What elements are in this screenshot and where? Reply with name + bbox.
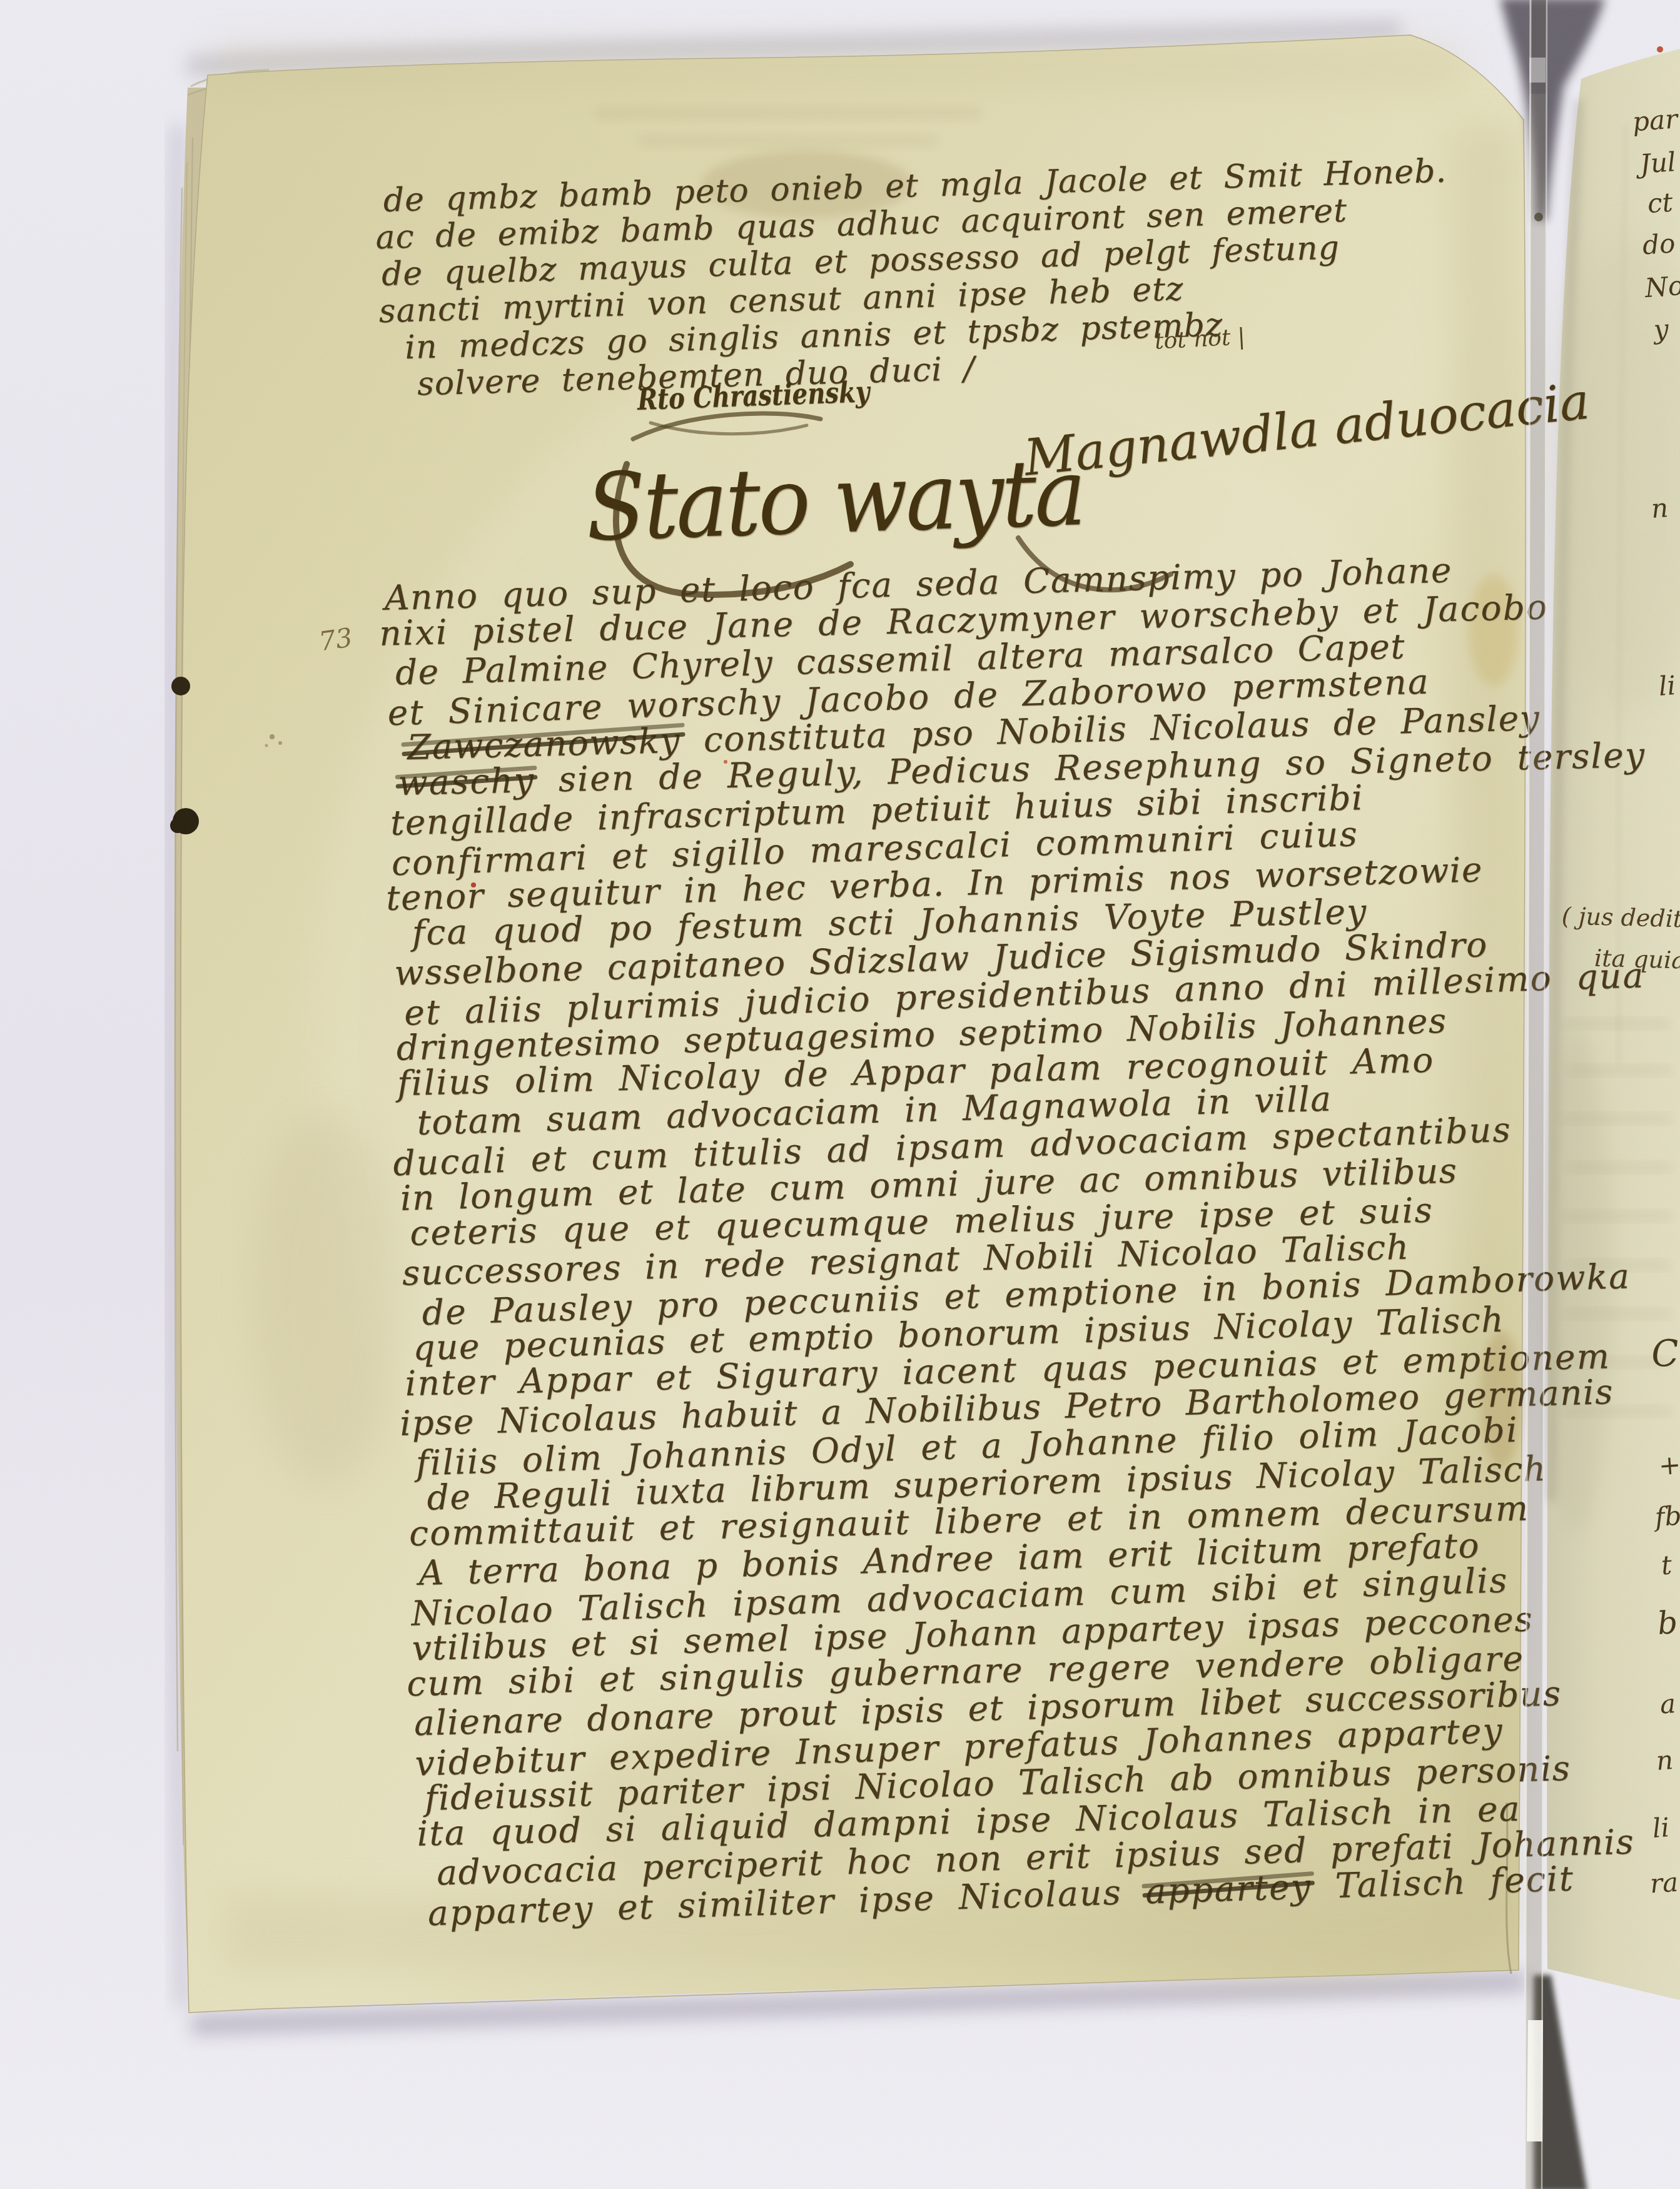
edge-fragment: do — [1641, 228, 1676, 261]
margin-note-line: ( jus dedit — [1561, 895, 1680, 939]
edge-fragment: li — [1657, 670, 1676, 702]
heading-title-large: Stato wayta — [584, 438, 1085, 562]
edge-fragment: ct — [1646, 187, 1674, 220]
margin-note: ( jus deditita quia — [1560, 895, 1680, 981]
edge-fragment: li — [1651, 1812, 1670, 1844]
edge-fragment: b — [1656, 1604, 1679, 1642]
manuscript-photo: { "colors": { "backdrop": "#e9e6ef", "pa… — [0, 0, 1680, 2189]
edge-fragment: n — [1655, 1744, 1674, 1776]
intro-side-note: tot not | — [1154, 324, 1246, 355]
edge-fragment: fb — [1654, 1500, 1680, 1533]
folio-mark: 73 — [317, 622, 355, 657]
struck-word: appartey — [1145, 1866, 1312, 1911]
text-segment: Talisch fecit — [1311, 1858, 1575, 1906]
edge-fragment: t — [1660, 1549, 1672, 1580]
struck-word: waschy — [398, 760, 535, 803]
edge-fragment: ra — [1649, 1866, 1679, 1899]
intro-paragraph: de qmbz bamb peto onieb et mgla Jacole e… — [383, 153, 1452, 404]
photo-canvas: 73 de qmbz bamb peto onieb et mgla Jacol… — [0, 0, 1680, 2189]
edge-fragment: + — [1657, 1449, 1680, 1481]
edge-fragment: par — [1631, 104, 1678, 138]
margin-note-line: ita quia — [1594, 938, 1680, 981]
edge-fragment: Jul — [1639, 146, 1677, 179]
edge-fragment: a — [1659, 1688, 1676, 1720]
edge-fragment: n — [1650, 492, 1669, 524]
edge-fragment: y — [1652, 313, 1669, 345]
edge-fragment: C — [1650, 1332, 1680, 1376]
edge-fragment: No — [1644, 270, 1680, 303]
entry-body-text: Anno quo sup et loco fca seda Camnspimy … — [384, 546, 1676, 1929]
